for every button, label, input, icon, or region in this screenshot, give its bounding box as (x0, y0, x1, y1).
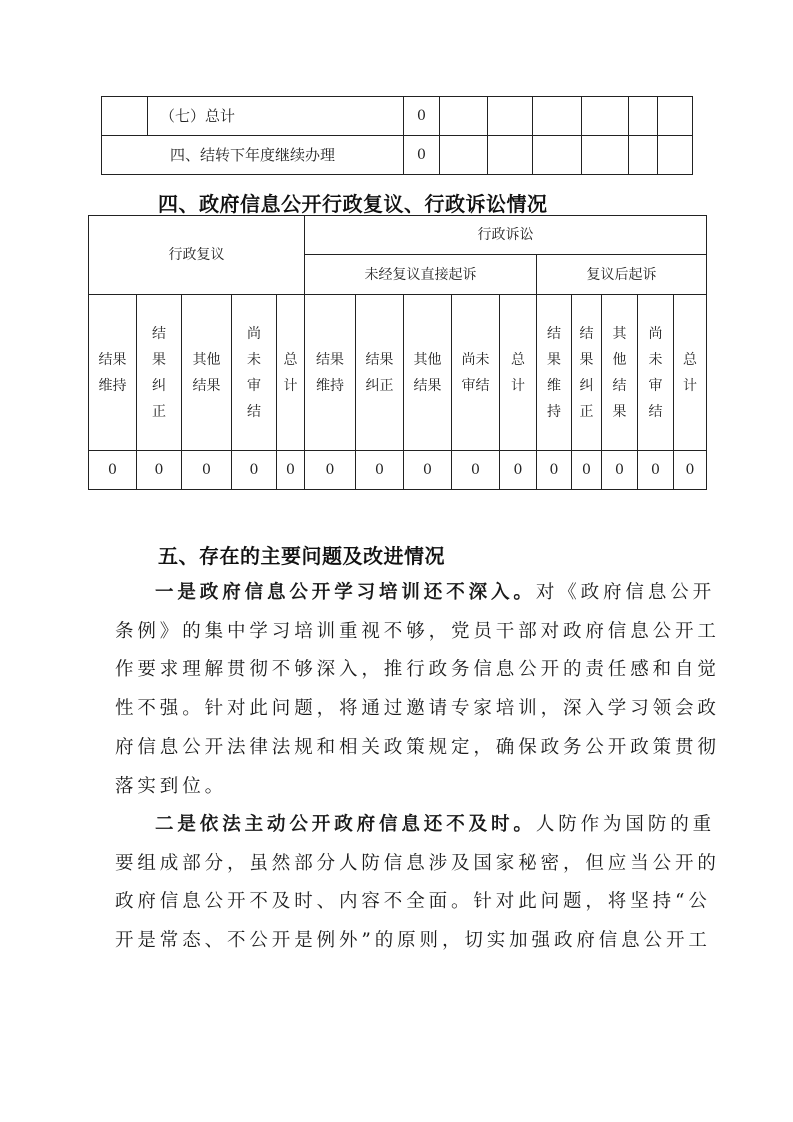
text-line: 落实到位。 (115, 768, 680, 807)
column-header: 结果纠正 (356, 295, 403, 450)
value-cell: 0 (572, 451, 601, 489)
header-text: 尚 (247, 321, 261, 347)
header-administrative-litigation: 行政诉讼 (305, 216, 706, 254)
text-line: 人防作为国防的重 (536, 814, 715, 835)
header-text: 正 (580, 399, 594, 425)
header-text: 结 (547, 321, 561, 347)
section-5-title: 五、存在的主要问题及改进情况 (158, 540, 445, 569)
header-text: 纠正 (366, 373, 394, 399)
column-header: 总计 (500, 295, 536, 450)
header-text: 正 (152, 399, 166, 425)
header-text: 果 (580, 347, 594, 373)
header-text: 审结 (462, 373, 490, 399)
text-line: 府信息公开法律法规和相关政策规定，确保政务公开政策贯彻 (115, 729, 680, 768)
value-cell: 0 (137, 451, 181, 489)
header-text: 果 (613, 399, 627, 425)
header-text: 结 (152, 321, 166, 347)
header-text: 维持 (99, 373, 127, 399)
header-text: 尚未 (462, 347, 490, 373)
paragraph-issue-2: 二是依法主动公开政府信息还不及时。人防作为国防的重 要组成部分，虽然部分人防信息… (115, 806, 680, 961)
header-text: 持 (547, 399, 561, 425)
column-header: 结果纠正 (572, 295, 601, 450)
header-text: 审 (247, 373, 261, 399)
column-header: 总计 (277, 295, 304, 450)
table-border (657, 96, 658, 175)
column-header: 尚未审结 (638, 295, 673, 450)
header-text: 结果 (99, 347, 127, 373)
paragraph-issue-1: 一是政府信息公开学习培训还不深入。对《政府信息公开 条例》的集中学习培训重视不够… (115, 574, 680, 806)
header-text: 纠 (580, 373, 594, 399)
header-text: 尚 (649, 321, 663, 347)
header-text: 总 (511, 347, 525, 373)
header-text: 未 (649, 347, 663, 373)
value-cell: 0 (89, 451, 136, 489)
header-text: 结 (247, 399, 261, 425)
header-suit-after-review: 复议后起诉 (537, 255, 706, 294)
header-direct-suit: 未经复议直接起诉 (305, 255, 536, 294)
text-line: 政府信息公开不及时、内容不全面。针对此问题，将坚持“公 (115, 883, 680, 922)
column-header: 尚未审结 (232, 295, 276, 450)
value-cell: 0 (537, 451, 571, 489)
header-text: 结果 (414, 373, 442, 399)
carryover-value: 0 (404, 136, 439, 174)
header-text: 未 (247, 347, 261, 373)
header-text: 果 (547, 347, 561, 373)
table-border (628, 96, 629, 175)
header-text: 结果 (366, 347, 394, 373)
column-header: 尚未审结 (452, 295, 499, 450)
value-cell: 0 (305, 451, 355, 489)
value-cell: 0 (182, 451, 231, 489)
total-value: 0 (404, 97, 439, 135)
column-header: 其他结果 (182, 295, 231, 450)
table-border (581, 96, 582, 175)
header-text: 果 (152, 347, 166, 373)
value-cell: 0 (638, 451, 673, 489)
text-line: 性不强。针对此问题，将通过邀请专家培训，深入学习领会政 (115, 690, 680, 729)
value-cell: 0 (602, 451, 637, 489)
header-text: 结 (649, 399, 663, 425)
column-header: 其他结果 (602, 295, 637, 450)
value-cell: 0 (277, 451, 304, 489)
value-cell: 0 (232, 451, 276, 489)
header-text: 他 (613, 347, 627, 373)
total-label: （七）总计 (160, 97, 403, 135)
column-header: 结果维持 (89, 295, 136, 450)
header-text: 纠 (152, 373, 166, 399)
header-text: 审 (649, 373, 663, 399)
table-border (147, 96, 148, 135)
header-text: 计 (284, 373, 298, 399)
column-header: 结果维持 (537, 295, 571, 450)
text-line: 开是常态、不公开是例外”的原则，切实加强政府信息公开工 (115, 922, 680, 961)
table-border (692, 96, 693, 175)
value-cell: 0 (500, 451, 536, 489)
value-cell: 0 (674, 451, 706, 489)
header-text: 维持 (316, 373, 344, 399)
header-text: 其他 (193, 347, 221, 373)
issue-1-lead: 一是政府信息公开学习培训还不深入。 (155, 582, 536, 603)
table-border (706, 215, 707, 490)
table-border (532, 96, 533, 175)
column-header: 结果维持 (305, 295, 355, 450)
header-text: 结果 (193, 373, 221, 399)
table-border (439, 96, 440, 175)
text-line: 要组成部分，虽然部分人防信息涉及国家秘密，但应当公开的 (115, 845, 680, 884)
header-text: 总 (284, 347, 298, 373)
text-line: 作要求理解贯彻不够深入，推行政务信息公开的责任感和自觉 (115, 651, 680, 690)
table-border (487, 96, 488, 175)
header-text: 总 (683, 347, 697, 373)
text-line: 条例》的集中学习培训重视不够，党员干部对政府信息公开工 (115, 613, 680, 652)
header-text: 维 (547, 373, 561, 399)
header-administrative-review: 行政复议 (89, 216, 304, 294)
section-4-title: 四、政府信息公开行政复议、行政诉讼情况 (158, 188, 548, 217)
header-text: 结果 (316, 347, 344, 373)
column-header: 其他结果 (404, 295, 451, 450)
value-cell: 0 (356, 451, 403, 489)
header-text: 其 (613, 321, 627, 347)
column-header: 结果纠正 (137, 295, 181, 450)
carryover-label: 四、结转下年度继续办理 (102, 136, 403, 174)
value-cell: 0 (452, 451, 499, 489)
header-text: 结 (613, 373, 627, 399)
text-line: 对《政府信息公开 (536, 582, 715, 603)
column-header: 总计 (674, 295, 706, 450)
table-border (101, 174, 693, 175)
value-cell: 0 (404, 451, 451, 489)
header-text: 计 (511, 373, 525, 399)
header-text: 其他 (414, 347, 442, 373)
header-text: 计 (683, 373, 697, 399)
header-text: 结 (580, 321, 594, 347)
issue-2-lead: 二是依法主动公开政府信息还不及时。 (155, 814, 536, 835)
